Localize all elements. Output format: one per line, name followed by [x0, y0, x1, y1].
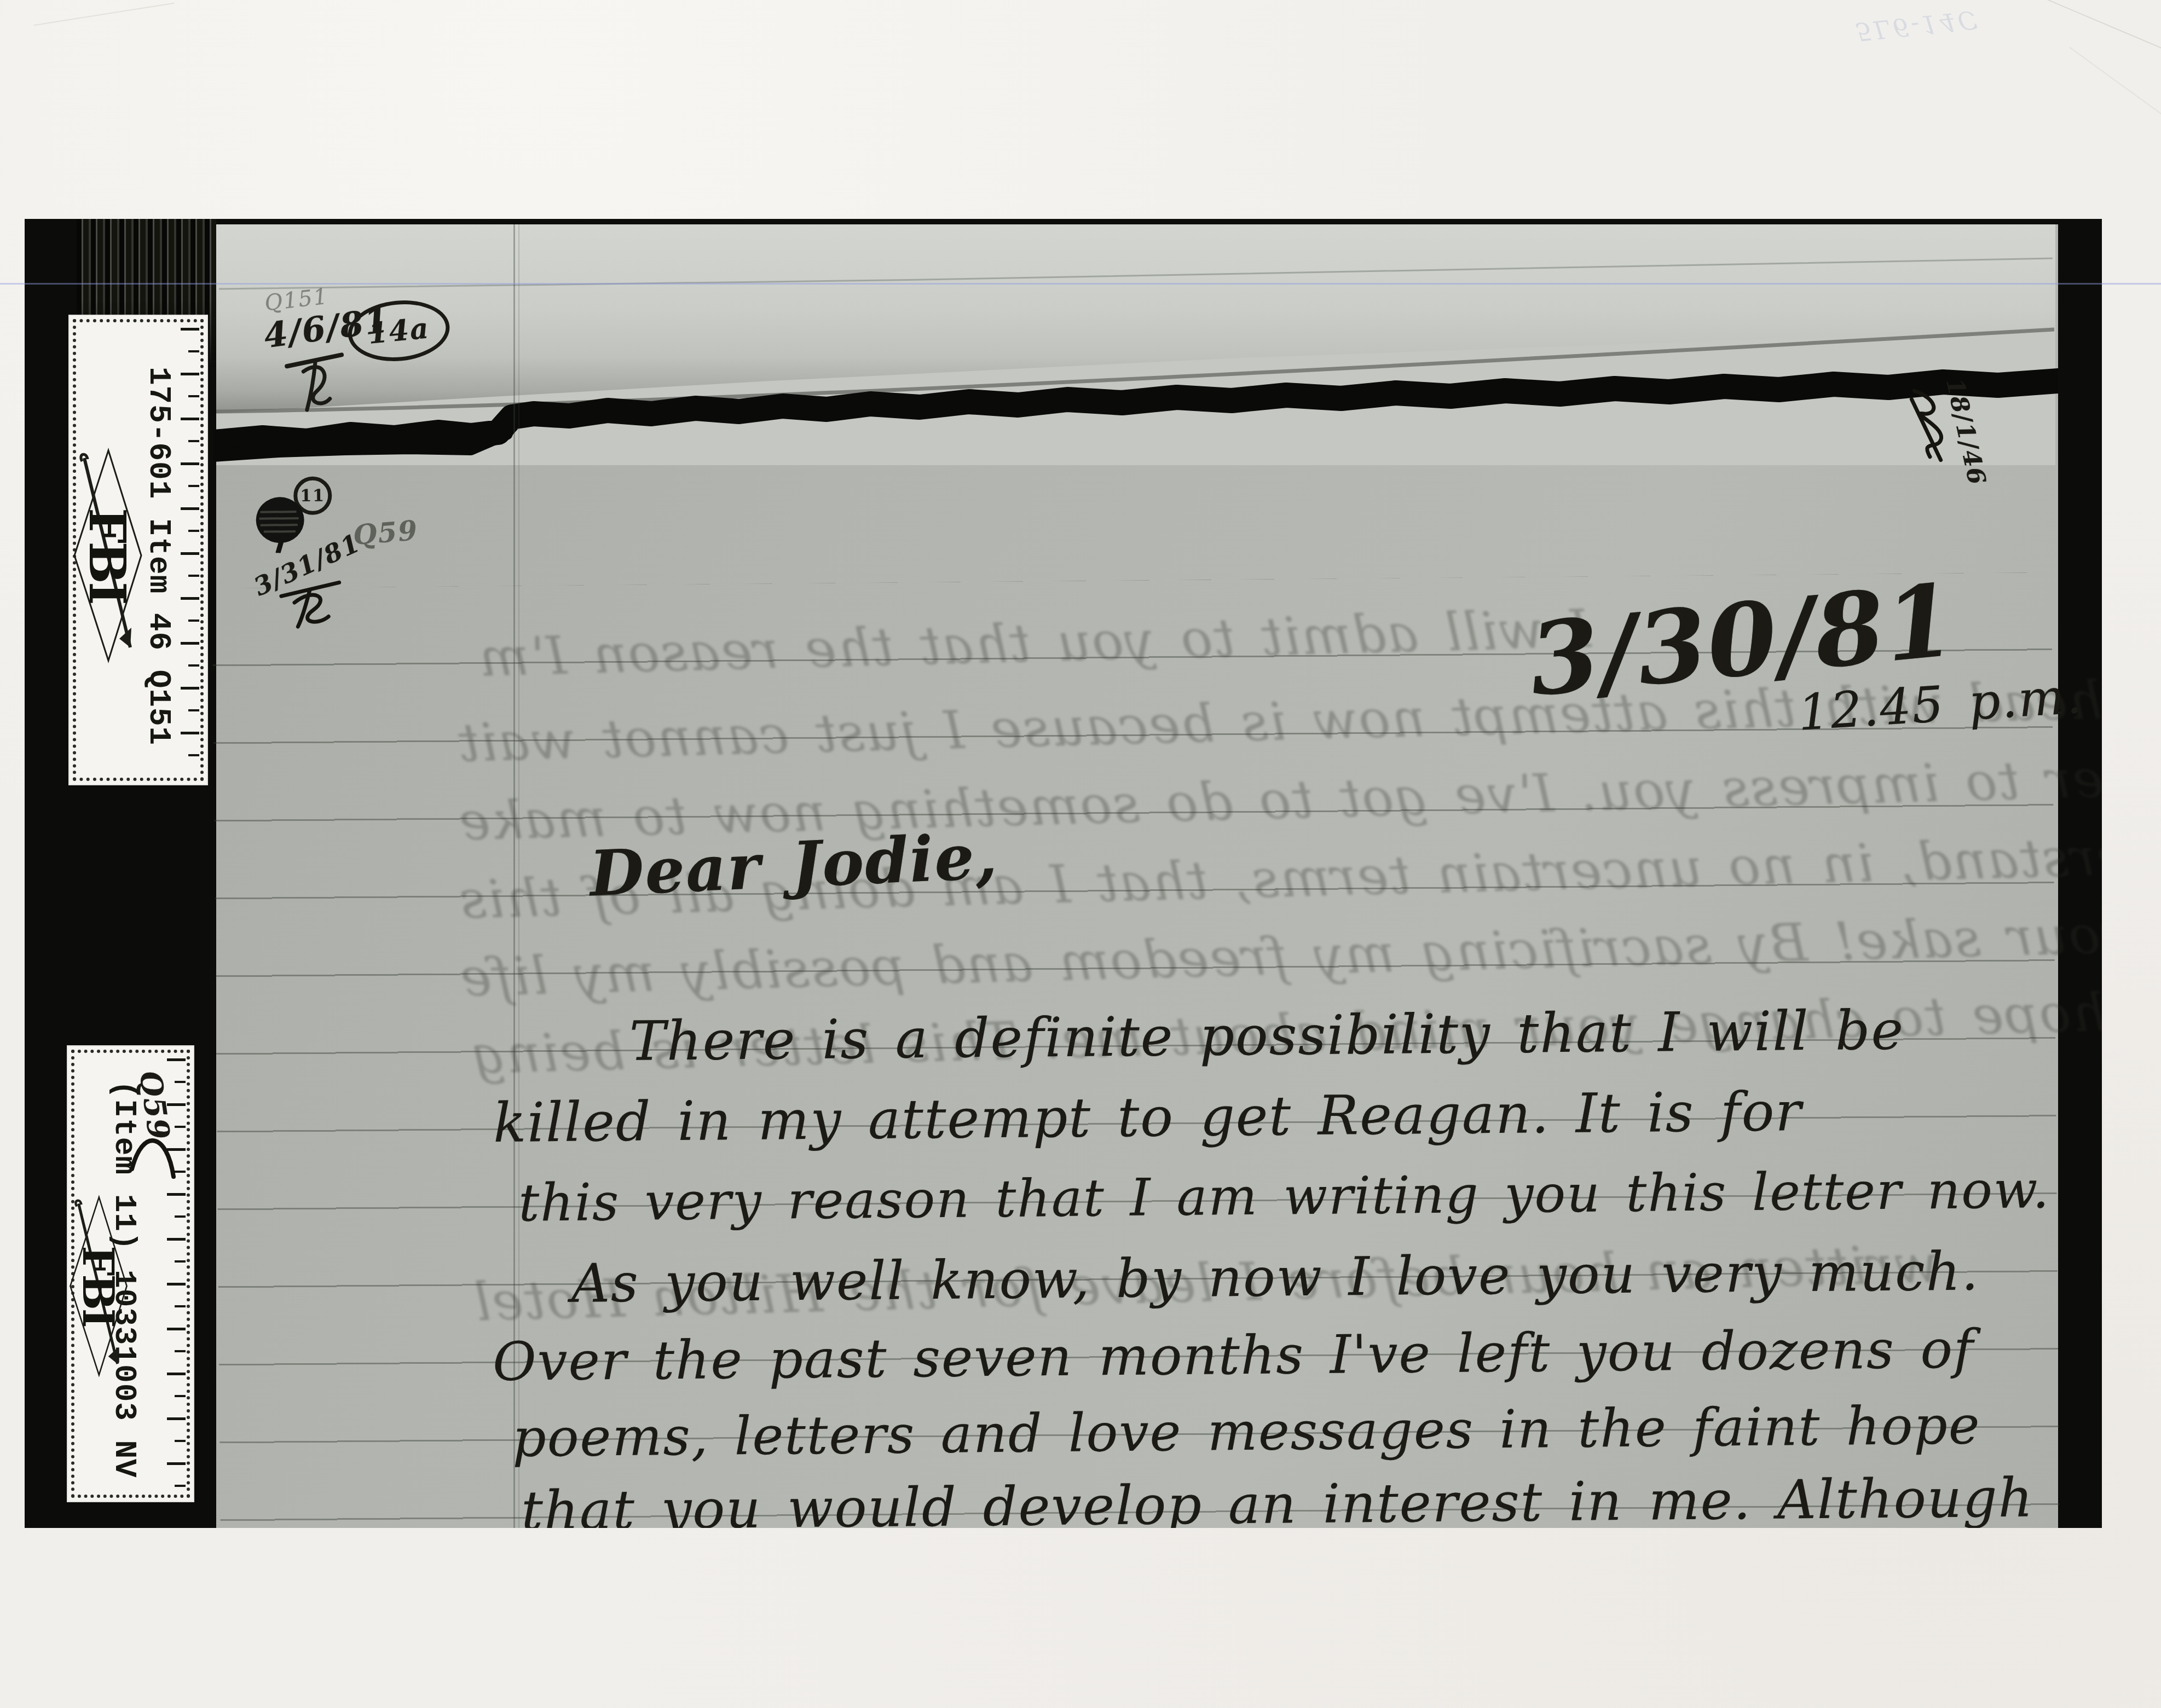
letter-body-line: As you well know, by now I love you very… [571, 1240, 1979, 1314]
exam-initials-scribble [282, 350, 354, 416]
fbi-logo-text: FBI [78, 508, 137, 603]
fbi-logo: FBI [72, 446, 143, 665]
fbi-logo: FBI [68, 1188, 129, 1385]
corner-notation-group: 18/1/46 [1900, 375, 1991, 497]
pencil-q-reference: Q59 [352, 514, 419, 551]
fbi-logo-text: FBI [73, 1246, 123, 1326]
margin-crease-line-3 [33, 3, 174, 26]
scan-artifact-line [0, 283, 2161, 285]
letter-body-line: poems, letters and love messages in the … [512, 1394, 1981, 1468]
circled-reference-text: 14a [367, 311, 431, 350]
circled-stamp-number: 11 [293, 477, 332, 516]
evidence-label-top-text: 175-601 Item 46 Q151 [141, 367, 176, 745]
letter-body-line: Over the past seven months I've left you… [493, 1318, 1975, 1393]
letter-body-line: killed in my attempt to get Reagan. It i… [493, 1080, 1802, 1155]
photo-black-field: I will admit to you that the reason I'm … [25, 219, 2102, 1528]
letter-body-line: There is a definite possibility that I w… [629, 999, 1904, 1073]
evidence-photograph: 5L6-14C I will admit to you that the rea… [0, 0, 2161, 1708]
evidence-label-top: 175-601 Item 46 Q151 FBI [68, 315, 208, 785]
page-content: I will admit to you that the reason I'm … [25, 219, 2102, 1528]
evidence-label-bottom: Q59 (Item 11) 10331003 NV FBI [67, 1045, 194, 1502]
margin-crease-line-2 [2069, 47, 2161, 119]
ruler-ticks-minor [188, 328, 199, 772]
margin-crease-line [1995, 0, 2161, 57]
margin-ghost-writing: 5L6-14C [1854, 4, 1981, 47]
stamp-number-text: 11 [300, 486, 325, 505]
